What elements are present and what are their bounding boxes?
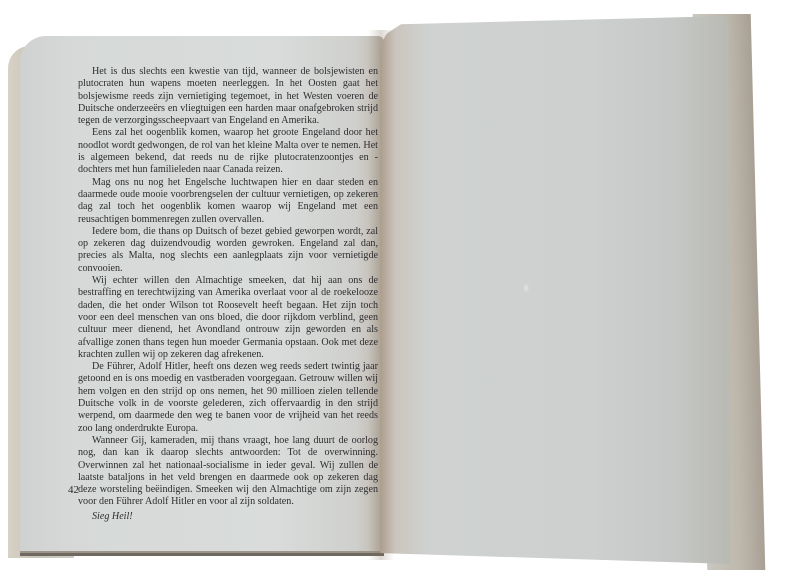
paragraph: De Führer, Adolf Hitler, heeft ons dezen… <box>78 361 378 435</box>
page-number: 42 <box>68 484 79 496</box>
paragraph: Wij echter willen den Almachtige smeeken… <box>78 275 378 361</box>
photo-scene: Het is dus slechts een kwestie van tijd,… <box>0 0 800 588</box>
paragraph: Wanneer Gij, kameraden, mij thans vraagt… <box>78 435 378 509</box>
right-page-blank <box>380 16 730 564</box>
signoff: Sieg Heil! <box>78 511 378 523</box>
paragraph: Eens zal het oogenblik komen, waarop het… <box>78 127 378 176</box>
paragraph: Het is dus slechts een kwestie van tijd,… <box>78 66 378 127</box>
paragraph: Iedere bom, die thans op Duitsch of beze… <box>78 226 378 275</box>
paper-blemish <box>522 282 530 294</box>
left-page-text: Het is dus slechts een kwestie van tijd,… <box>78 66 378 523</box>
paragraph: Mag ons nu nog het Engelsche luchtwapen … <box>78 177 378 226</box>
